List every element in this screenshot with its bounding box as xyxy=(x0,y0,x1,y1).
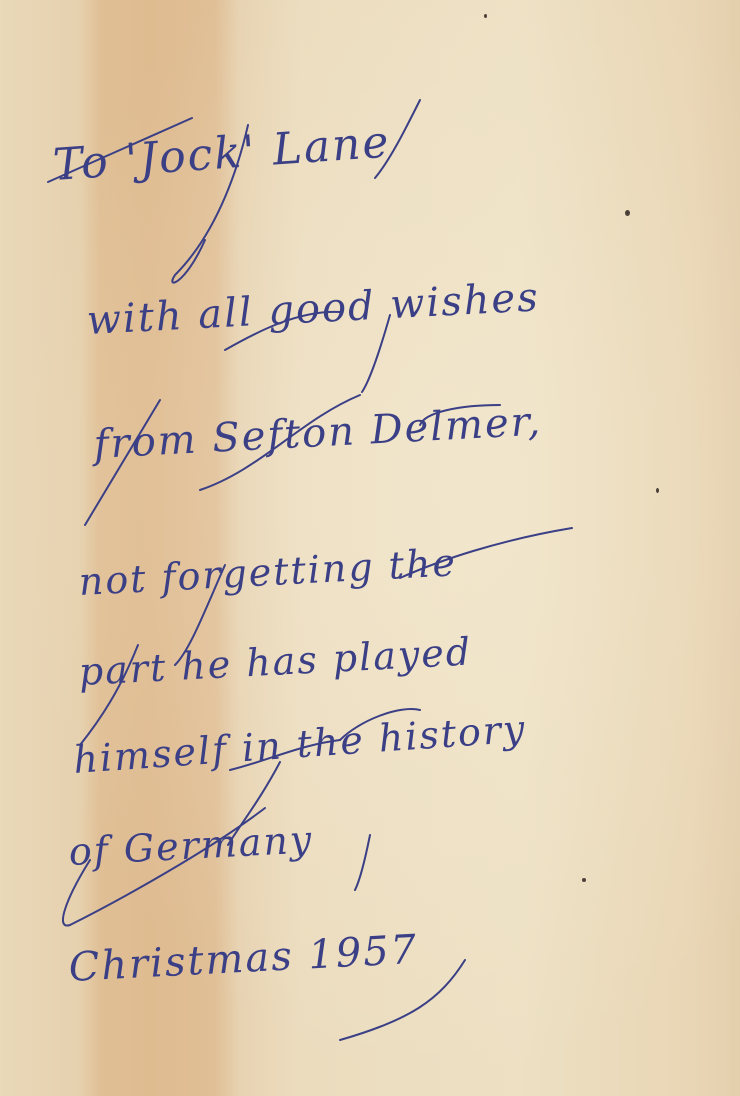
paper-speck xyxy=(625,210,630,216)
paper-speck xyxy=(656,488,659,493)
paper-speck xyxy=(484,14,487,18)
paper-speck xyxy=(582,878,586,882)
